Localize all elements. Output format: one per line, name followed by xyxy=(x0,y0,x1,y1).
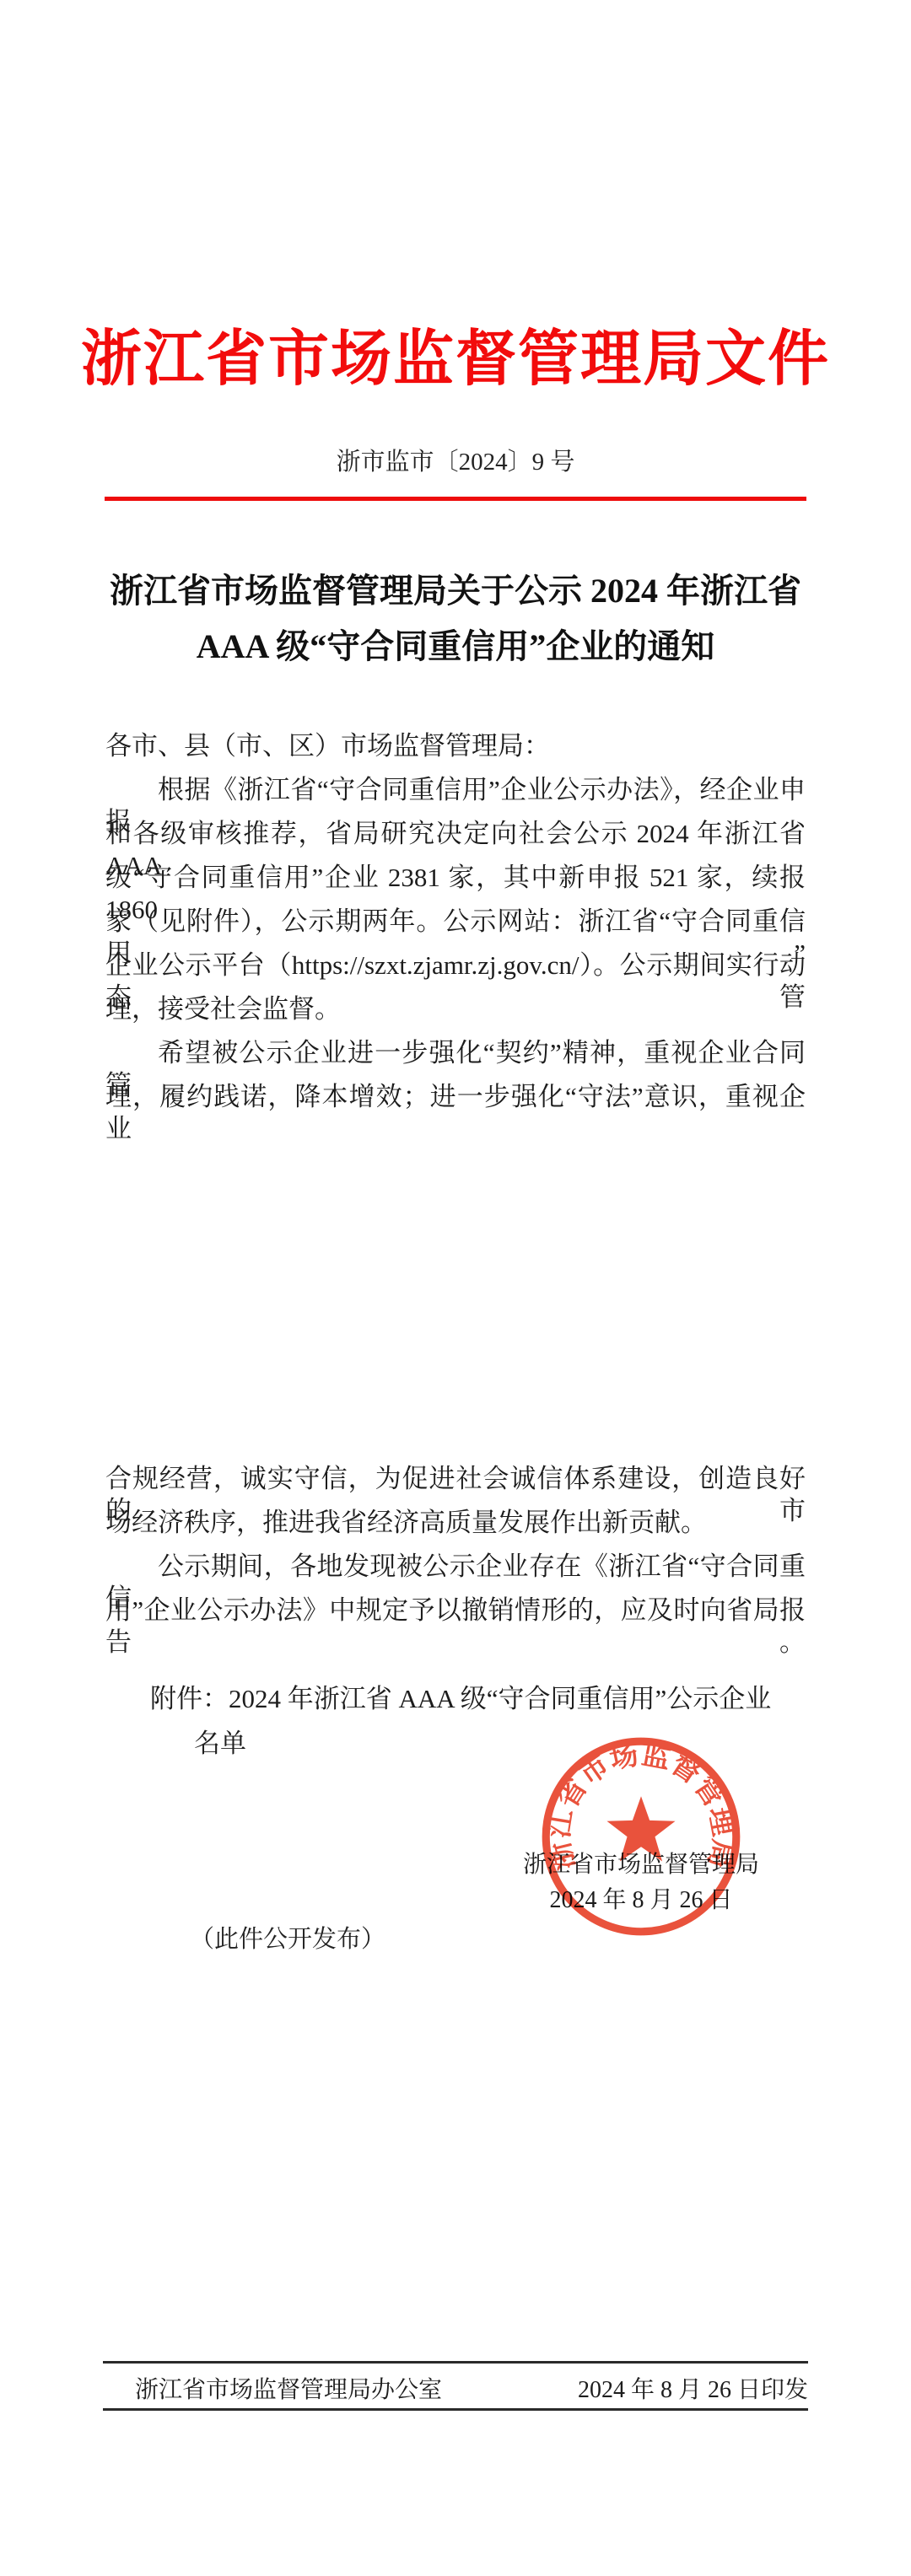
footer-issuing-office: 浙江省市场监督管理局办公室 xyxy=(135,2376,442,2405)
body-line: 理，履约践诺，降本增效；进一步强化“守法”意识，重视企业 xyxy=(105,1081,806,1145)
body-line: 理，接受社会监督。 xyxy=(105,993,806,1025)
public-release-note: （此件公开发布） xyxy=(190,1925,385,1954)
salutation-line: 各市、县（市、区）市场监督管理局： xyxy=(105,730,806,762)
body-line: 场经济秩序，推进我省经济高质量发展作出新贡献。 xyxy=(105,1507,806,1539)
footer: 浙江省市场监督管理局办公室 2024 年 8 月 26 日印发 xyxy=(103,2376,808,2405)
official-document-page: 浙江省市场监督管理局文件 浙市监市〔2024〕9 号 浙江省市场监督管理局关于公… xyxy=(0,0,911,2576)
footer-bottom-rule xyxy=(103,2408,808,2411)
footer-print-date: 2024 年 8 月 26 日印发 xyxy=(578,2376,808,2405)
body-line: 用”企业公示办法》中规定予以撤销情形的，应及时向省局报告。 xyxy=(105,1595,806,1659)
attachment-line-1: 附件：2024 年浙江省 AAA 级“守合同重信用”公示企业 xyxy=(150,1683,771,1715)
red-header-title: 浙江省市场监督管理局文件 xyxy=(0,325,911,393)
footer-top-rule xyxy=(103,2361,808,2364)
notice-title-line-2: AAA 级“守合同重信用”企业的通知 xyxy=(0,627,911,666)
notice-title-line-1: 浙江省市场监督管理局关于公示 2024 年浙江省 xyxy=(0,572,911,610)
attachment-line-2: 名单 xyxy=(194,1728,246,1760)
official-red-seal: 浙江省市场监督管理局 xyxy=(534,1729,748,1944)
seal-star-icon xyxy=(606,1796,675,1861)
document-number: 浙市监市〔2024〕9 号 xyxy=(0,448,911,476)
red-divider-line xyxy=(105,497,806,501)
